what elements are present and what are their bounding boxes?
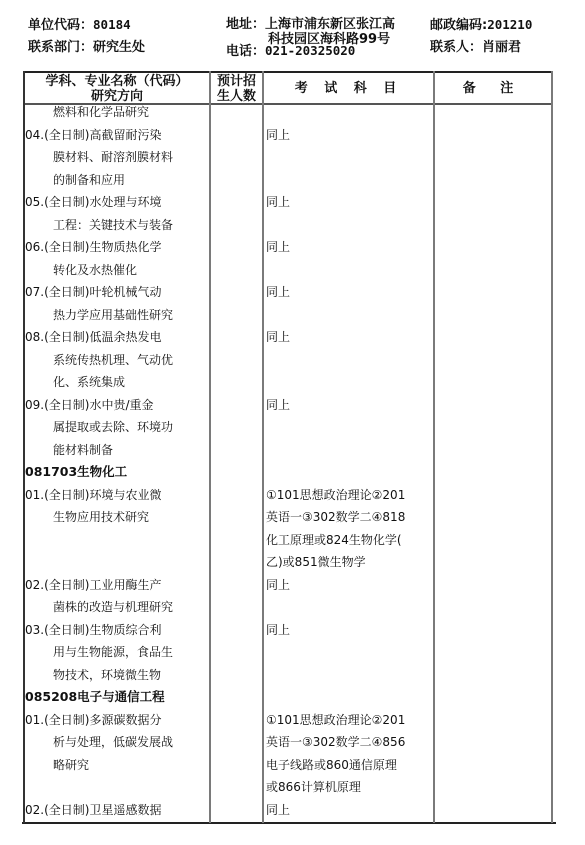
research-direction-line: 热力学应用基础性研究 (53, 304, 173, 326)
research-direction-line: 02.(全日制)卫星遥感数据 (25, 799, 161, 821)
col-border-2 (262, 71, 264, 823)
exam-subject-line: 同上 (266, 574, 290, 596)
research-direction-line: 燃料和化学品研究 (53, 101, 149, 123)
exam-subject-line: ①101思想政治理论②201 (266, 484, 405, 506)
column-header-quota: 预计招 生人数 (211, 73, 262, 104)
exam-subject-line: 英语一③302数学二④818 (266, 506, 405, 528)
exam-subject-line: 乙)或851微生物学 (266, 551, 366, 573)
exam-subject-line: 同上 (266, 124, 290, 146)
exam-subject-line: 电子线路或860通信原理 (266, 754, 397, 776)
address: 地址：上海市浦东新区张江高 (226, 18, 395, 32)
column-header-subject-line1: 学科、专业名称（代码） (45, 75, 188, 88)
research-direction-line: 物技术，环境微生物 (53, 664, 161, 686)
column-header-quota-line2: 生人数 (217, 90, 256, 103)
exam-subject-line: 同上 (266, 281, 290, 303)
exam-subject-line: 同上 (266, 326, 290, 348)
col-border-1 (209, 71, 211, 823)
exam-subject-line: ①101思想政治理论②201 (266, 709, 405, 731)
exam-subject-line: 同上 (266, 619, 290, 641)
department-label: 联系部门： (28, 40, 93, 55)
research-direction-line: 生物应用技术研究 (53, 506, 149, 528)
research-direction-line: 系统传热机理、气动优 (53, 349, 173, 371)
research-direction-line: 05.(全日制)水处理与环境 (25, 191, 161, 213)
research-direction-line: 02.(全日制)工业用酶生产 (25, 574, 161, 596)
research-direction-line: 能材料制备 (53, 439, 113, 461)
phone-label: 电话： (226, 44, 265, 59)
research-direction-line: 菌株的改造与机理研究 (53, 596, 173, 618)
exam-subject-line: 同上 (266, 799, 290, 821)
column-header-exam-subjects-text: 考 试 科 目 (295, 82, 403, 95)
research-direction-line: 08.(全日制)低温余热发电 (25, 326, 161, 348)
contact-value: 肖丽君 (482, 40, 521, 55)
postcode: 邮政编码:201210 (430, 18, 532, 33)
postcode-value: 201210 (487, 17, 532, 32)
research-direction-line: 06.(全日制)生物质热化学 (25, 236, 161, 258)
exam-subject-line: 或866计算机原理 (266, 776, 361, 798)
exam-subject-line: 同上 (266, 191, 290, 213)
research-direction-line: 07.(全日制)叶轮机械气动 (25, 281, 161, 303)
phone: 电话：021-20325020 (226, 44, 355, 59)
contact: 联系人：肖丽君 (430, 41, 521, 55)
department-value: 研究生处 (93, 40, 145, 55)
exam-subject-line: 同上 (266, 236, 290, 258)
research-direction-line: 工程：关键技术与装备 (53, 214, 173, 236)
enrollment-table: 学科、专业名称（代码） 研究方向 预计招 生人数 考 试 科 目 备 注 燃料和… (23, 71, 553, 823)
phone-value: 021-20325020 (265, 43, 355, 58)
department: 联系部门：研究生处 (28, 41, 145, 55)
research-direction-line: 属提取或去除、环境功 (53, 416, 173, 438)
exam-subject-line: 英语一③302数学二④856 (266, 731, 405, 753)
research-direction-line: 析与处理，低碳发展战 (53, 731, 173, 753)
address-line1: 上海市浦东新区张江高 (265, 17, 395, 32)
research-direction-line: 化、系统集成 (53, 371, 125, 393)
research-direction-line: 01.(全日制)多源碳数据分 (25, 709, 161, 731)
research-direction-line: 略研究 (53, 754, 89, 776)
research-direction-line: 用与生物能源，食品生 (53, 641, 173, 663)
address-label: 地址： (226, 17, 265, 32)
column-header-exam-subjects: 考 试 科 目 (264, 73, 433, 104)
col-border-right (551, 71, 553, 823)
research-direction-line: 膜材料、耐溶剂膜材料 (53, 146, 173, 168)
col-border-3 (433, 71, 435, 823)
major-heading: 081703生物化工 (25, 461, 127, 483)
research-direction-line: 09.(全日制)水中贵/重金 (25, 394, 154, 416)
postcode-label: 邮政编码: (430, 18, 487, 33)
column-header-quota-line1: 预计招 (217, 75, 256, 88)
unit-code-label: 单位代码： (28, 18, 93, 33)
research-direction-line: 的制备和应用 (53, 169, 125, 191)
unit-code: 单位代码：80184 (28, 18, 131, 33)
exam-subject-line: 化工原理或824生物化学( (266, 529, 402, 551)
table-bottom-border (22, 822, 556, 824)
research-direction-line: 03.(全日制)生物质综合利 (25, 619, 161, 641)
column-header-remarks-text: 备 注 (463, 82, 524, 95)
column-header-remarks: 备 注 (435, 73, 551, 104)
contact-label: 联系人： (430, 40, 482, 55)
column-header-subject: 学科、专业名称（代码） 研究方向 (25, 73, 209, 104)
research-direction-line: 01.(全日制)环境与农业微 (25, 484, 161, 506)
research-direction-line: 04.(全日制)高截留耐污染 (25, 124, 161, 146)
major-heading: 085208电子与通信工程 (25, 686, 165, 708)
unit-code-value: 80184 (93, 17, 131, 32)
research-direction-line: 转化及水热催化 (53, 259, 137, 281)
exam-subject-line: 同上 (266, 394, 290, 416)
